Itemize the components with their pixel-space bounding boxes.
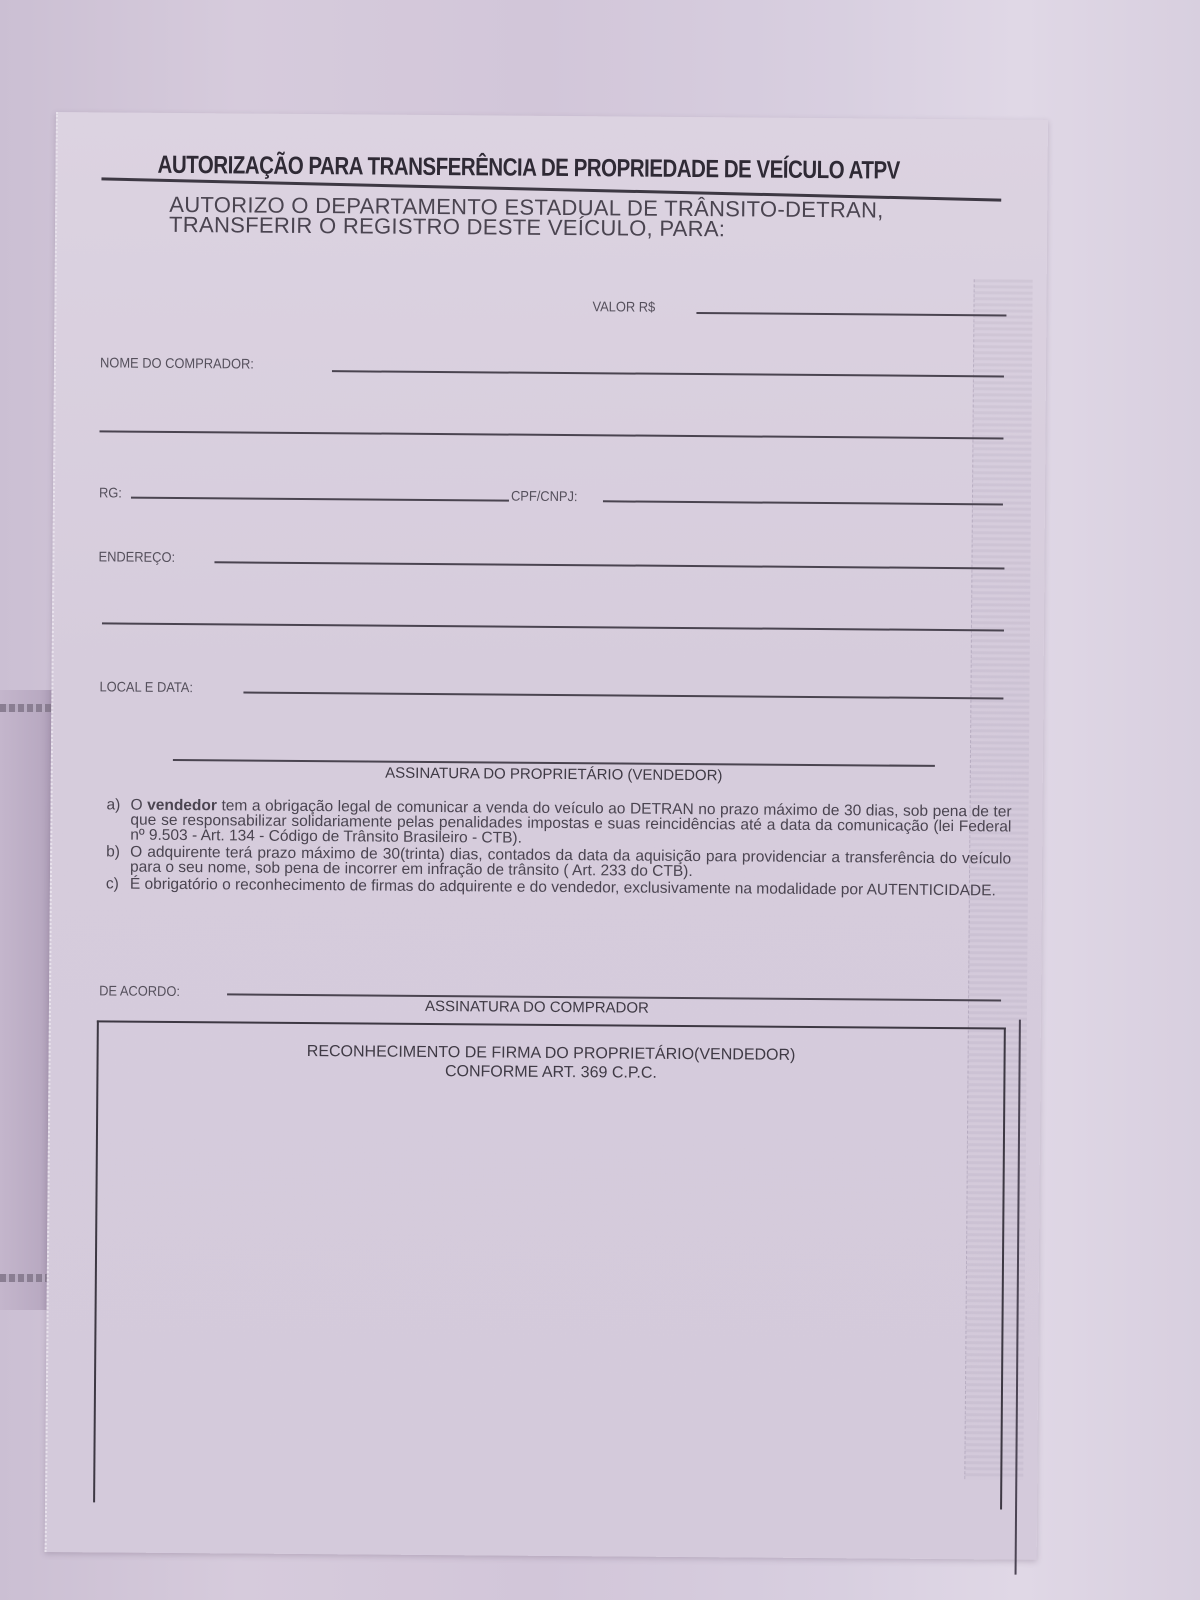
notary-recognition-box[interactable]: RECONHECIMENTO DE FIRMA DO PROPRIETÁRIO(… [93, 1020, 1006, 1509]
endereco-field[interactable] [214, 561, 1004, 569]
cpf-cnpj-label: CPF/CNPJ: [511, 488, 578, 505]
endereco-field-line-2[interactable] [102, 622, 1004, 631]
nome-comprador-field-line-2[interactable] [99, 430, 1003, 439]
buyer-signature-caption: ASSINATURA DO COMPRADOR [227, 996, 847, 1018]
legal-notes: a) O vendedor tem a obrigação legal de c… [106, 797, 1012, 900]
atpv-form-page: AUTORIZAÇÃO PARA TRANSFERÊNCIA DE PROPRI… [45, 112, 1048, 1560]
seller-signature-caption: ASSINATURA DO PROPRIETÁRIO (VENDEDOR) [173, 763, 935, 786]
authorization-statement: AUTORIZO O DEPARTAMENTO ESTADUAL DE TRÂN… [169, 195, 884, 241]
local-data-label: LOCAL E DATA: [99, 678, 193, 695]
rg-label: RG: [99, 484, 122, 500]
endereco-label: ENDEREÇO: [98, 548, 175, 565]
note-a: a) O vendedor tem a obrigação legal de c… [106, 797, 1011, 849]
note-letter: b) [106, 844, 130, 874]
de-acordo-label: DE ACORDO: [99, 982, 180, 999]
note-letter: a) [106, 797, 130, 842]
binder-ridge [0, 704, 56, 712]
valor-label: VALOR R$ [592, 298, 655, 314]
local-data-field[interactable] [243, 691, 1003, 699]
note-letter: c) [106, 876, 130, 891]
nome-comprador-label: NOME DO COMPRADOR: [100, 354, 254, 371]
cpf-cnpj-field[interactable] [603, 500, 1003, 505]
valor-field[interactable] [696, 312, 1006, 316]
nome-comprador-field[interactable] [332, 370, 1004, 377]
rg-field[interactable] [131, 497, 509, 502]
